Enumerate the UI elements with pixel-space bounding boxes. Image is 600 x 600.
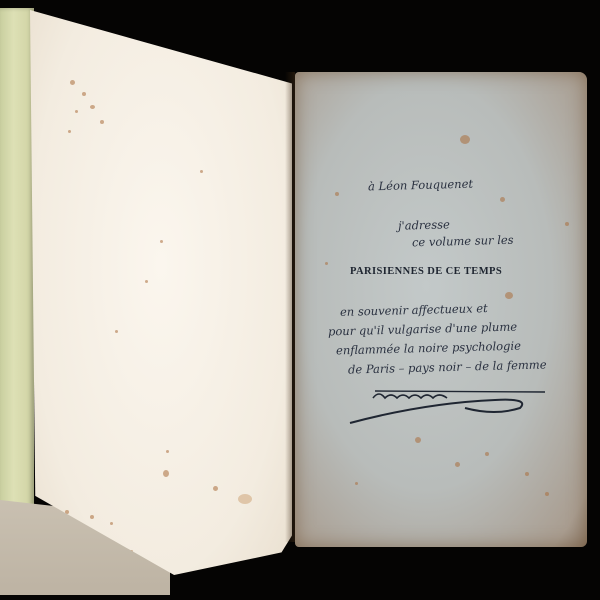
left-blank-page bbox=[30, 10, 292, 575]
gutter-shadow bbox=[285, 72, 295, 542]
printed-title: PARISIENNES DE CE TEMPS bbox=[350, 266, 502, 277]
green-endpaper bbox=[0, 8, 34, 508]
inscription-line-1: à Léon Fouquenet bbox=[368, 177, 473, 194]
signature-flourish bbox=[345, 378, 545, 428]
inscription-line-2: j'adresse bbox=[398, 217, 450, 232]
photo-background: à Léon Fouquenet j'adresse ce volume sur… bbox=[0, 0, 600, 600]
inscription-line-3: ce volume sur les bbox=[412, 233, 514, 250]
